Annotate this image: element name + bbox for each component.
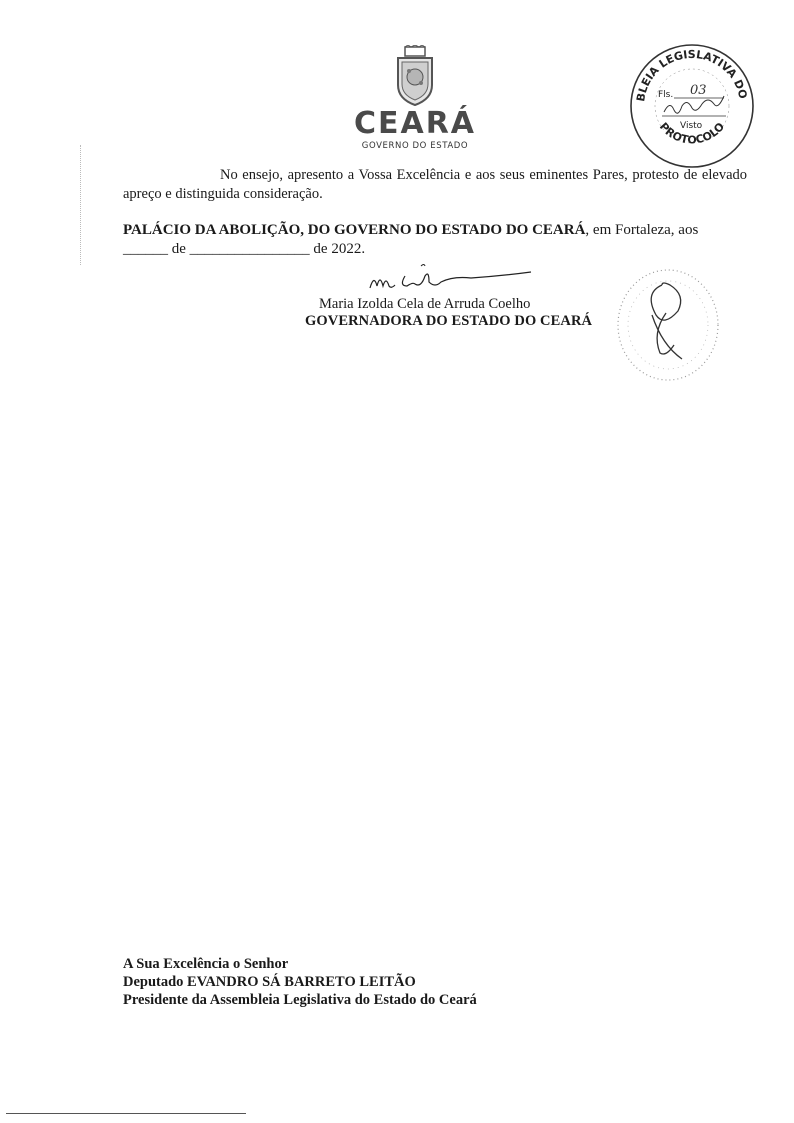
addressee-role: Presidente da Assembleia Legislativa do …: [123, 991, 477, 1009]
addressee-name: Deputado EVANDRO SÁ BARRETO LEITÃO: [123, 973, 477, 991]
stamp-fls-value: 03: [690, 83, 707, 98]
official-seal-stamp: [612, 265, 724, 385]
addressee-block: A Sua Excelência o Senhor Deputado EVAND…: [123, 955, 477, 1009]
stamp-fls-label: Fls.: [658, 90, 673, 100]
addressee-salutation: A Sua Excelência o Senhor: [123, 955, 477, 973]
svg-text:ASSEMBLEIA LEGISLATIVA DO CEAR: ASSEMBLEIA LEGISLATIVA DO CEARÁ: [628, 42, 750, 104]
place-city: , em Fortaleza, aos: [585, 222, 698, 238]
stamp-ring-text: ASSEMBLEIA LEGISLATIVA DO CEARÁ: [628, 42, 750, 104]
signatory-title: GOVERNADORA DO ESTADO DO CEARÁ: [305, 313, 592, 330]
closing-paragraph: No ensejo, apresento a Vossa Excelência …: [123, 166, 747, 204]
date-line: ______ de ________________ de 2022.: [123, 241, 365, 257]
scan-artifact: [80, 145, 84, 265]
handwritten-signature: [365, 262, 545, 296]
document-page: CEARÁ GOVERNO DO ESTADO ASSEMBLEIA LEGIS…: [0, 0, 794, 1123]
stamp-visto-label: Visto: [680, 121, 703, 131]
protocol-stamp: ASSEMBLEIA LEGISLATIVA DO CEARÁ PROTOCOL…: [628, 42, 756, 170]
footer-divider: [6, 1113, 246, 1114]
brand-subtitle: GOVERNO DO ESTADO: [345, 141, 485, 151]
brand-wordmark: CEARÁ: [345, 109, 485, 139]
state-coat-of-arms-icon: [393, 45, 437, 107]
place-date-paragraph: PALÁCIO DA ABOLIÇÃO, DO GOVERNO DO ESTAD…: [123, 221, 747, 259]
header-logo: CEARÁ GOVERNO DO ESTADO: [345, 45, 485, 151]
signatory-name: Maria Izolda Cela de Arruda Coelho: [319, 296, 530, 313]
place-heading: PALÁCIO DA ABOLIÇÃO, DO GOVERNO DO ESTAD…: [123, 222, 585, 238]
